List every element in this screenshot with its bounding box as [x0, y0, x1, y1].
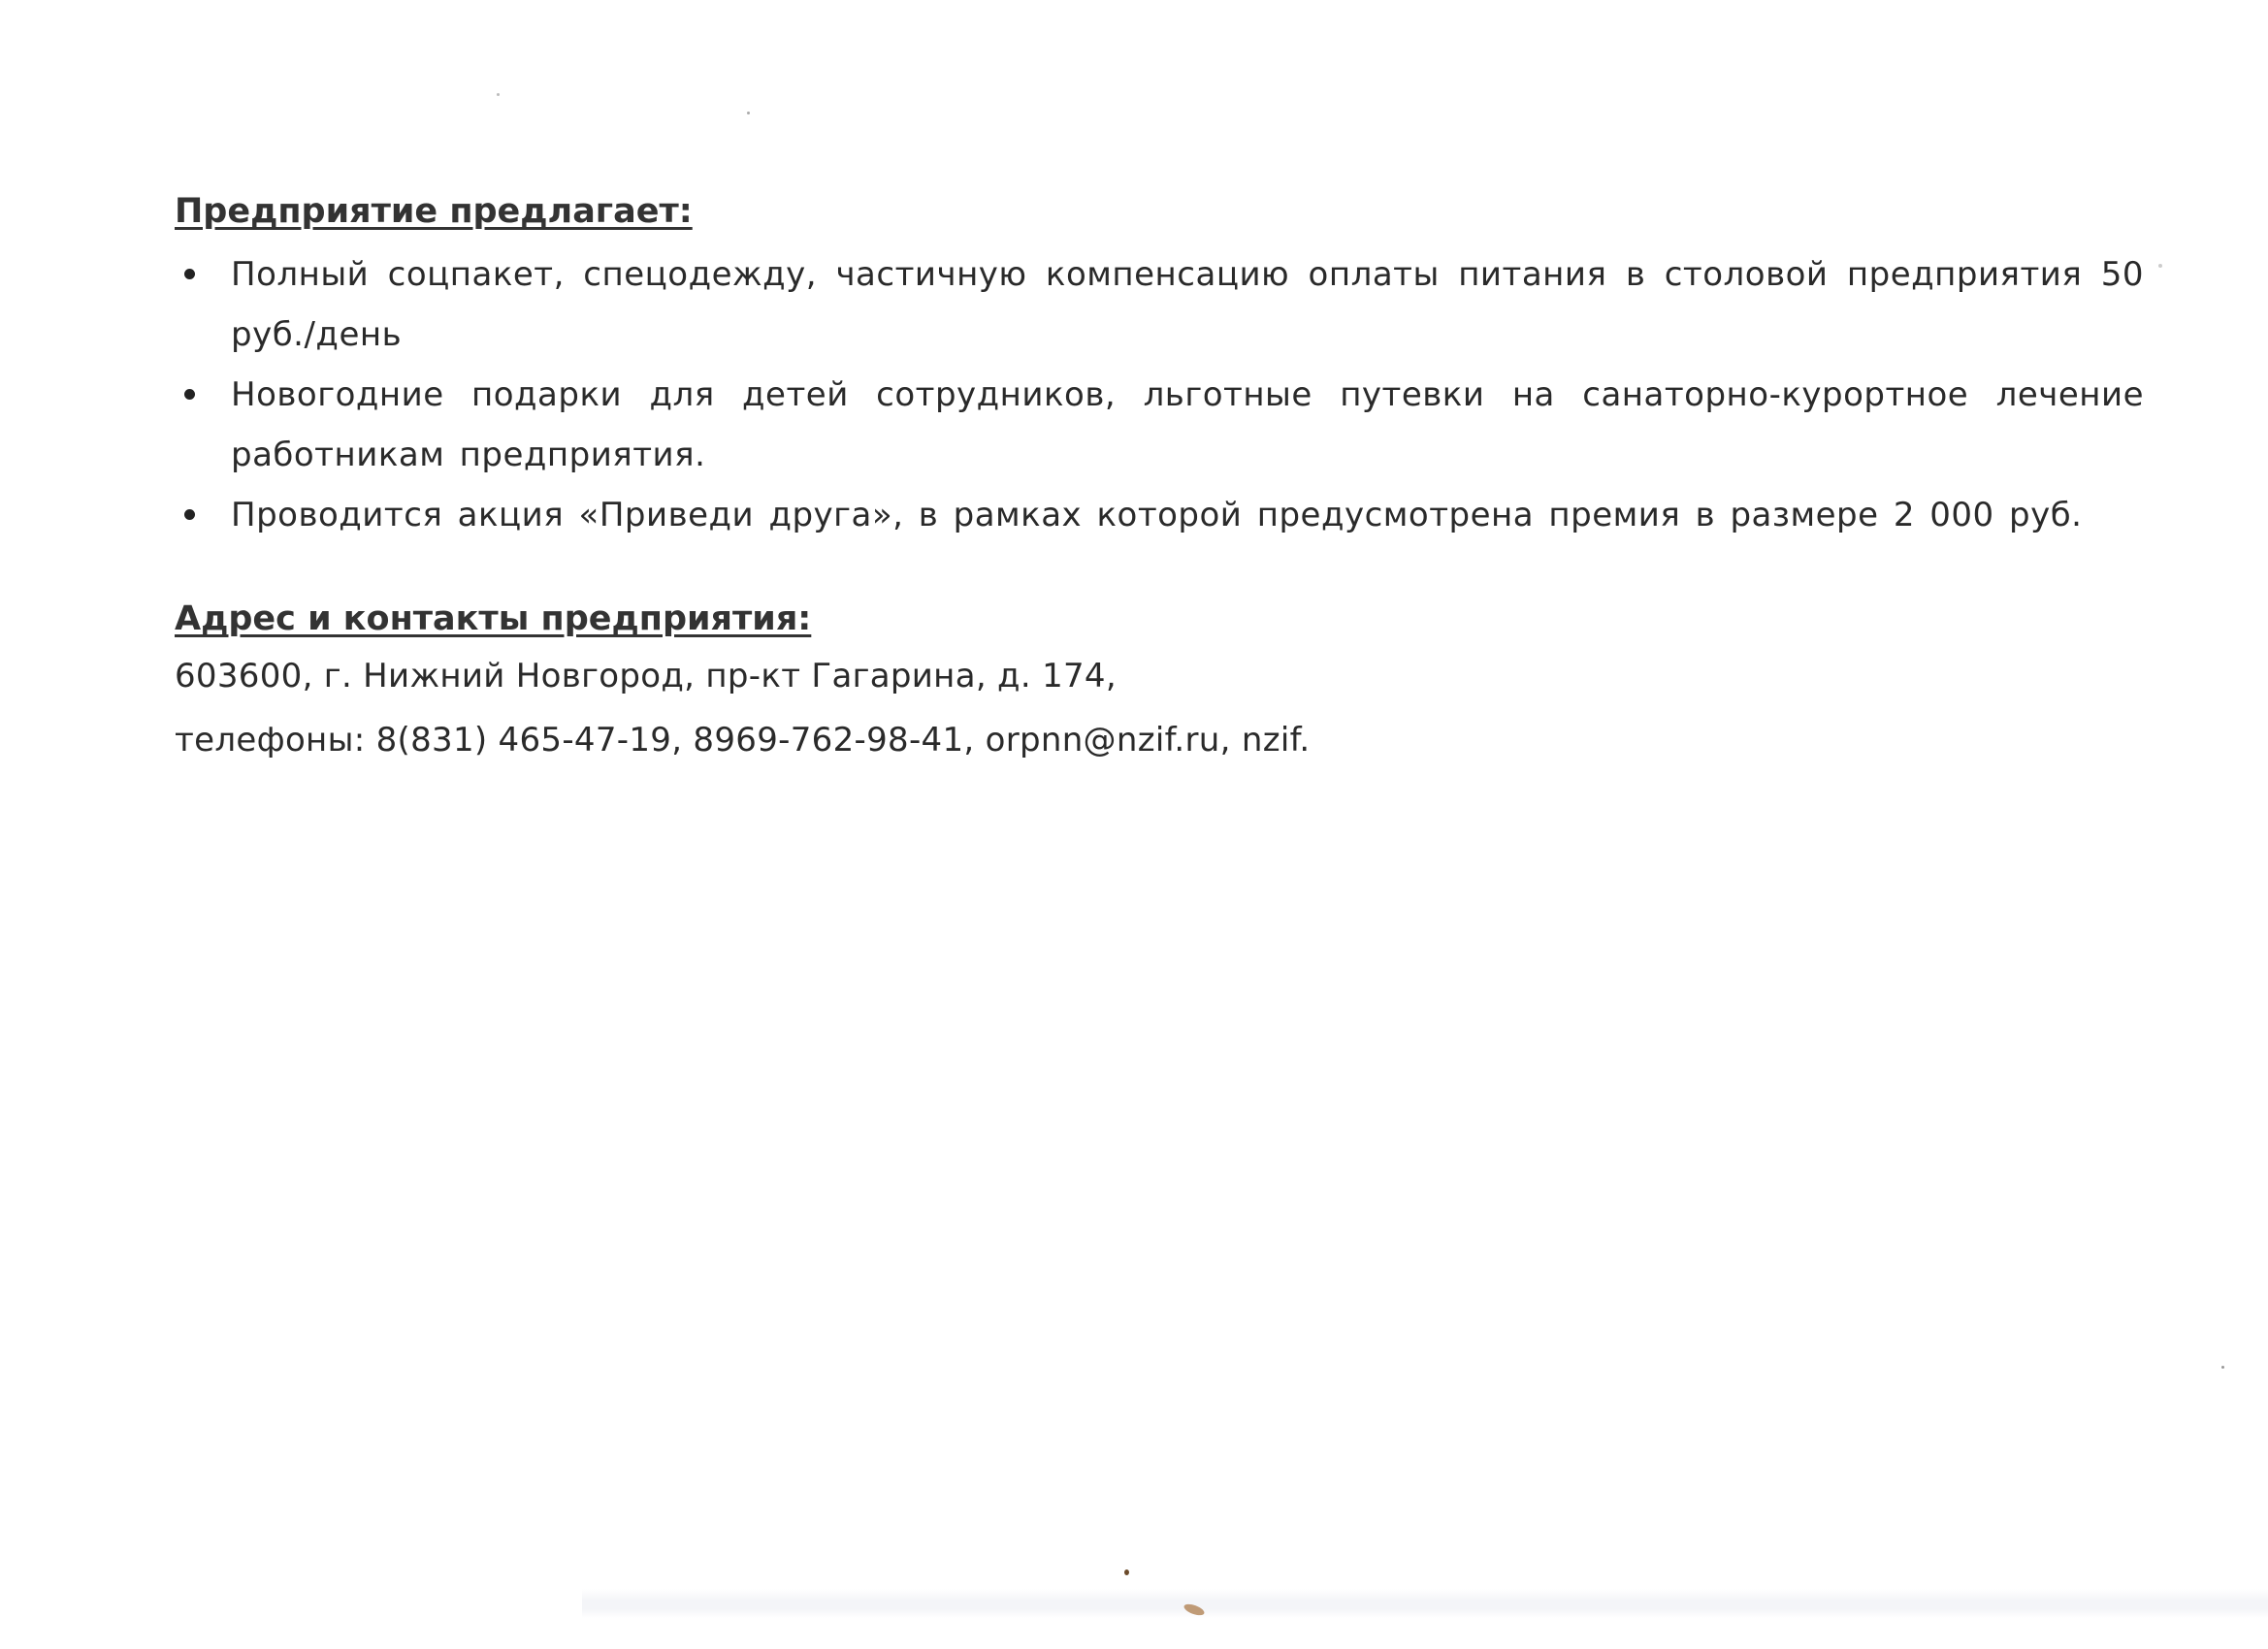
offer-item-text: Полный соцпакет, спецодежду, частичную к…	[231, 255, 2144, 354]
offer-item-text: Новогодние подарки для детей сотрудников…	[231, 375, 2144, 474]
scanned-page: Предприятие предлагает: Полный соцпакет,…	[0, 0, 2268, 1649]
contacts-heading: Адрес и контакты предприятия:	[175, 594, 2144, 644]
offer-item-text: Проводится акция «Приведи друга», в рамк…	[231, 496, 2082, 534]
scan-speck	[497, 93, 500, 96]
bullet-icon	[184, 269, 195, 279]
scan-band	[582, 1589, 2268, 1618]
scan-speck	[1124, 1569, 1129, 1575]
offer-heading: Предприятие предлагает:	[175, 186, 2144, 237]
bullet-icon	[184, 509, 195, 520]
bullet-icon	[184, 389, 195, 400]
address-line: 603600, г. Нижний Новгород, пр-кт Гагари…	[175, 644, 2144, 708]
offer-item: Полный соцпакет, спецодежду, частичную к…	[175, 244, 2144, 365]
document-body: Предприятие предлагает: Полный соцпакет,…	[175, 186, 2144, 772]
offer-list: Полный соцпакет, спецодежду, частичную к…	[175, 244, 2144, 545]
scan-speck	[2221, 1366, 2224, 1369]
phones-line: телефоны: 8(831) 465-47-19, 8969-762-98-…	[175, 708, 2144, 772]
offer-item: Новогодние подарки для детей сотрудников…	[175, 365, 2144, 485]
scan-speck	[747, 112, 750, 114]
offer-item: Проводится акция «Приведи друга», в рамк…	[175, 485, 2144, 545]
scan-speck	[2158, 264, 2162, 268]
